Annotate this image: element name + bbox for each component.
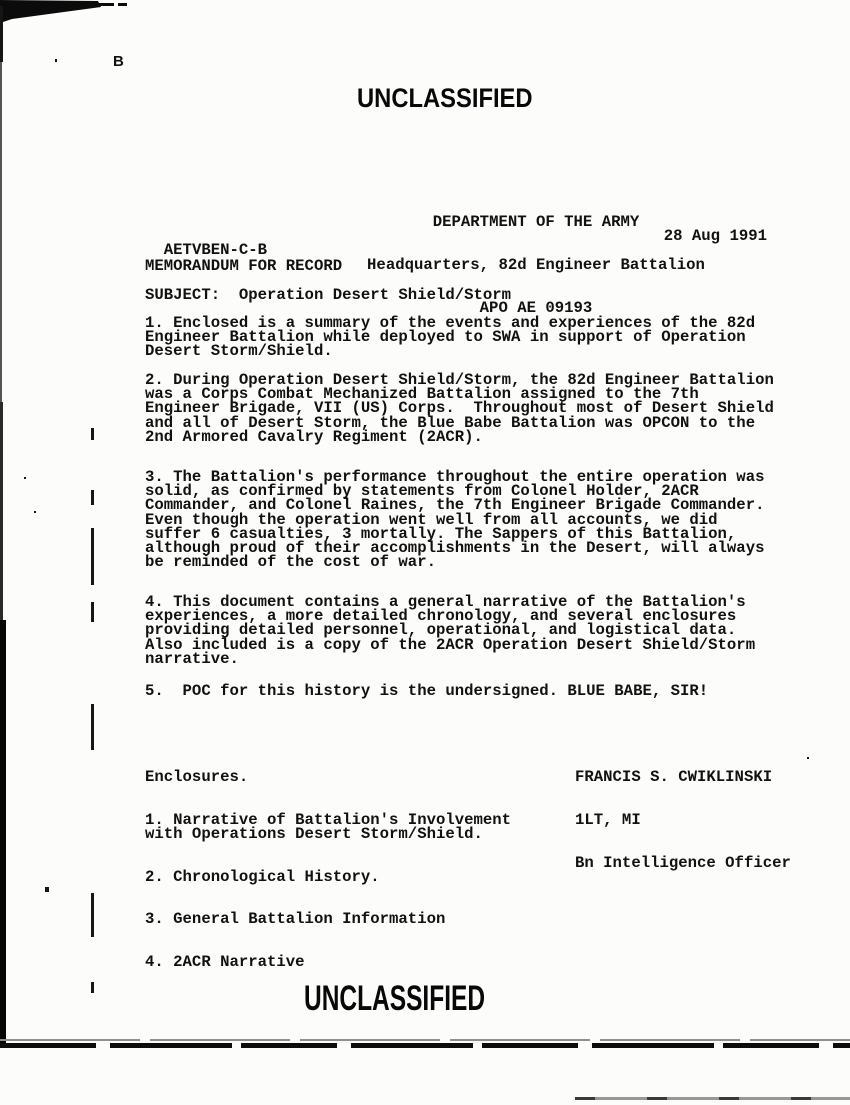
scan-artifact-margin-mark [91,982,94,993]
enclosure-item: 3. General Battalion Information [145,912,511,926]
classification-banner-top: UNCLASSIFIED [357,83,533,114]
paragraph-1: 1. Enclosed is a summary of the events a… [145,316,790,359]
scan-artifact-speck [45,887,49,892]
scan-artifact-margin-mark [91,602,94,622]
scan-artifact-left-edge [0,620,6,1048]
enclosures-block: Enclosures. 1. Narrative of Battalion's … [145,742,511,983]
paragraph-4: 4. This document contains a general narr… [145,595,790,666]
scan-artifact-left-edge [0,6,3,62]
scan-artifact-speck [807,757,809,759]
enclosure-item: 2. Chronological History. [145,870,511,884]
enclosure-item: 4. 2ACR Narrative [145,955,511,969]
signature-title: Bn Intelligence Officer [575,856,791,870]
scan-horizontal-rule [0,1043,850,1048]
signature-rank: 1LT, MI [575,813,791,827]
paragraph-5: 5. POC for this history is the undersign… [145,684,790,698]
memorandum-for-record-line: MEMORANDUM FOR RECORD [145,259,342,273]
scan-dashed-line [575,1097,850,1100]
scan-artifact-margin-mark [91,428,94,440]
signature-block: FRANCIS S. CWIKLINSKI 1LT, MI Bn Intelli… [575,742,791,884]
scan-artifact-margin-mark [91,490,94,505]
scan-artifact-speck [34,511,36,513]
memo-date: 28 Aug 1991 [664,229,767,243]
classification-banner-bottom: UNCLASSIFIED [304,979,485,1019]
scan-artifact-margin-mark [91,528,94,585]
enclosures-heading: Enclosures. [145,770,511,784]
scan-corner-artifact [0,0,140,52]
scan-horizontal-rule [0,1039,850,1041]
paragraph-2: 2. During Operation Desert Shield/Storm,… [145,373,790,444]
paragraph-3: 3. The Battalion's performance throughou… [145,470,790,569]
signature-name: FRANCIS S. CWIKLINSKI [575,770,791,784]
scan-artifact-left-edge [0,402,3,620]
scan-artifact-left-edge [0,62,2,402]
scan-artifact-speck [55,59,57,62]
enclosure-item: 1. Narrative of Battalion's Involvement … [145,813,511,841]
scan-artifact-speck [24,477,26,479]
scan-artifact-margin-mark [91,704,94,750]
subject-line: SUBJECT: Operation Desert Shield/Storm [145,288,511,302]
scan-artifact-margin-mark [91,893,94,937]
page-marker: B [113,53,124,70]
